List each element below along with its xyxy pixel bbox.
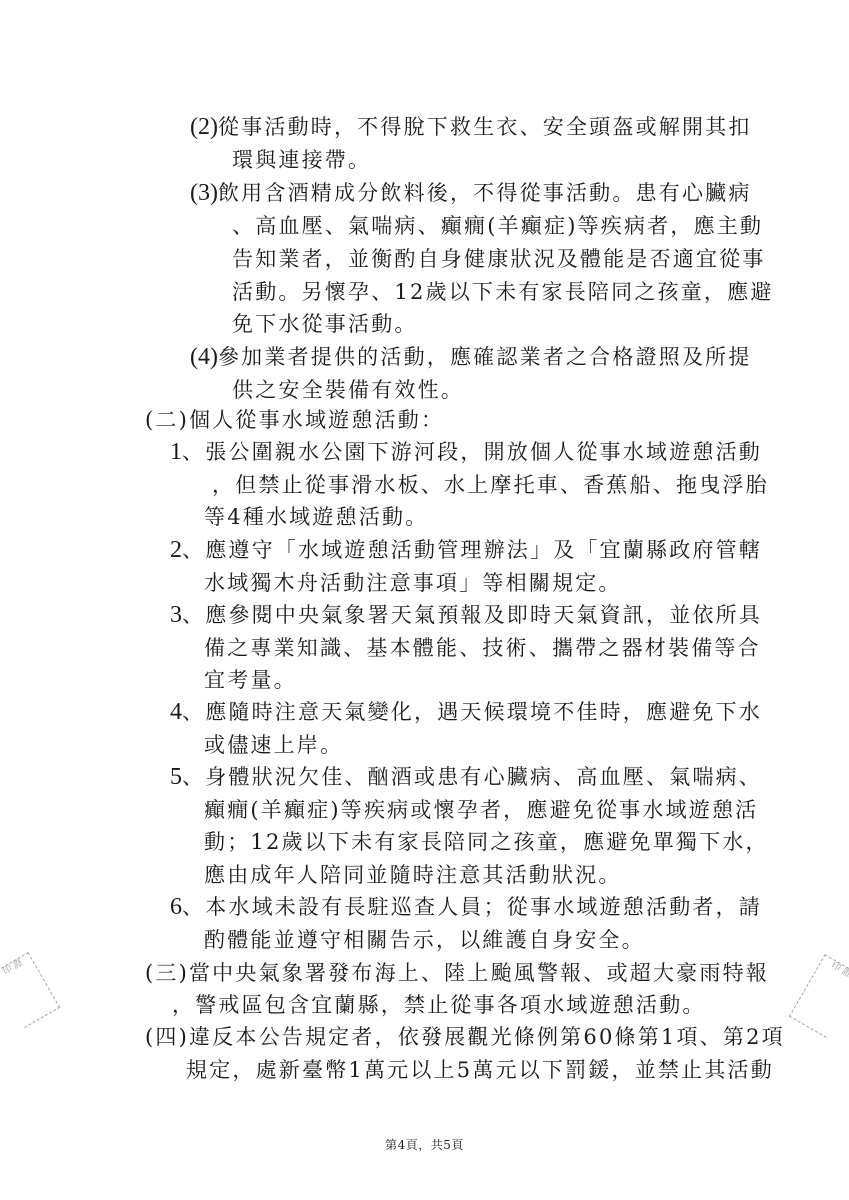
line-text: 、高血壓、氣喘病、癲癇(羊癲症)等疾病者，應主動 [232,214,763,238]
section-heading-2: (二)個人從事水域遊憩活動： [145,406,444,434]
line-text: 規定，處新臺幣1萬元以上5萬元以下罰鍰，並禁止其活動 [186,1058,774,1082]
line-continuation: 水域獨木舟活動注意事項」等相關規定。 [204,569,622,597]
line-item-4: (4)參加業者提供的活動，應確認業者之合格證照及所提 [190,343,752,371]
line-text: 或儘速上岸。 [204,733,343,757]
line-text: 免下水從事活動。 [232,312,418,336]
line-text: (二)個人從事水域遊憩活動： [145,408,444,432]
line-text: ，警戒區包含宜蘭縣，禁止從事各項水域遊憩活動。 [172,993,706,1017]
section-heading-4: (四)違反本公告規定者，依發展觀光條例第60條第1項、第2項 [145,1023,785,1051]
line-continuation: 活動。另懷孕、12歲以下未有家長陪同之孩童，應避 [232,278,774,306]
line-continuation: 癲癇(羊癲症)等疾病或懷孕者，應避免從事水域遊憩活 [204,796,758,824]
line-item-2b: 2、應遵守「水域遊憩活動管理辦法」及「宜蘭縣政府管轄 [170,536,762,564]
line-item-5: 5、身體狀況欠佳、酗酒或患有心臟病、高血壓、氣喘病、 [170,763,762,791]
line-text: 酌體能並遵守相關告示，以維護自身安全。 [204,928,645,952]
item-marker: 2 [170,536,182,564]
item-marker: 4 [170,698,182,726]
line-text: 、應參閱中央氣象署天氣預報及即時天氣資訊，並依所具 [182,603,762,627]
line-item-6: 6、本水域未設有長駐巡查人員；從事水域遊憩活動者，請 [170,893,762,921]
line-text: 、應隨時注意天氣變化，遇天候環境不佳時，應避免下水 [182,700,762,724]
line-continuation: 動；12歲以下未有家長陪同之孩童，應避免單獨下水， [204,828,769,856]
line-item-4b: 4、應隨時注意天氣變化，遇天候環境不佳時，應避免下水 [170,698,762,726]
line-text: 水域獨木舟活動注意事項」等相關規定。 [204,571,622,595]
line-text: 環與連接帶。 [232,148,371,172]
line-text: 、應遵守「水域遊憩活動管理辦法」及「宜蘭縣政府管轄 [182,538,762,562]
line-text: 備之專業知識、基本體能、技術、攜帶之器材裝備等合 [204,636,761,660]
line-text: 宜考量。 [204,668,297,692]
line-continuation: ，但禁止從事滑水板、水上摩托車、香蕉船、拖曳浮胎 [212,471,769,499]
item-marker: 1 [170,438,182,466]
seal-text: 印 證 [829,961,849,980]
line-text: (三)當中央氣象署發布海上、陸上颱風警報、或超大豪雨特報 [145,961,769,985]
seal-text: 印 證 [2,958,25,977]
line-item-3: (3)飲用含酒精成分飲料後，不得從事活動。患有心臟病 [190,179,752,207]
item-marker: (3) [190,179,218,207]
line-text: 、張公圍親水公園下游河段，開放個人從事水域遊憩活動 [182,440,762,464]
line-text: 動；12歲以下未有家長陪同之孩童，應避免單獨下水， [204,830,769,854]
line-continuation: 宜考量。 [204,666,297,694]
line-continuation: 備之專業知識、基本體能、技術、攜帶之器材裝備等合 [204,634,761,662]
line-continuation: 免下水從事活動。 [232,310,418,338]
line-text: 癲癇(羊癲症)等疾病或懷孕者，應避免從事水域遊憩活 [204,798,758,822]
line-continuation: 等4種水域遊憩活動。 [204,503,428,531]
seal-stamp-left-icon: 印 證 [0,952,60,1028]
line-item-2: (2)從事活動時，不得脫下救生衣、安全頭盔或解開其扣 [190,113,752,141]
item-marker: 6 [170,893,182,921]
line-continuation: 供之安全裝備有效性。 [232,376,464,404]
line-text: 等4種水域遊憩活動。 [204,505,428,529]
line-item-3b: 3、應參閱中央氣象署天氣預報及即時天氣資訊，並依所具 [170,601,762,629]
item-marker: 5 [170,763,182,791]
line-continuation: 告知業者，並衡酌自身健康狀況及體能是否適宜從事 [232,245,766,273]
line-continuation: 酌體能並遵守相關告示，以維護自身安全。 [204,926,645,954]
line-text: 從事活動時，不得脫下救生衣、安全頭盔或解開其扣 [218,115,752,139]
line-continuation: 、高血壓、氣喘病、癲癇(羊癲症)等疾病者，應主動 [232,212,763,240]
line-continuation: 環與連接帶。 [232,146,371,174]
document-page: (2)從事活動時，不得脫下救生衣、安全頭盔或解開其扣 環與連接帶。 (3)飲用含… [0,0,849,1200]
line-continuation: 或儘速上岸。 [204,731,343,759]
line-continuation: 規定，處新臺幣1萬元以上5萬元以下罰鍰，並禁止其活動 [186,1056,774,1084]
line-text: 活動。另懷孕、12歲以下未有家長陪同之孩童，應避 [232,280,774,304]
seal-stamp-right-icon: 印 證 [789,954,849,1038]
line-text: ，但禁止從事滑水板、水上摩托車、香蕉船、拖曳浮胎 [212,473,769,497]
line-continuation: 應由成年人陪同並隨時注意其活動狀況。 [204,861,622,889]
item-marker: (4) [190,343,218,371]
line-text: 告知業者，並衡酌自身健康狀況及體能是否適宜從事 [232,247,766,271]
line-item-1: 1、張公圍親水公園下游河段，開放個人從事水域遊憩活動 [170,438,762,466]
line-text: 參加業者提供的活動，應確認業者之合格證照及所提 [218,345,752,369]
line-text: 、本水域未設有長駐巡查人員；從事水域遊憩活動者，請 [182,895,762,919]
line-text: 飲用含酒精成分飲料後，不得從事活動。患有心臟病 [218,181,752,205]
line-text: 供之安全裝備有效性。 [232,378,464,402]
page-number: 第4頁，共5頁 [0,1136,849,1153]
line-text: 、身體狀況欠佳、酗酒或患有心臟病、高血壓、氣喘病、 [182,765,762,789]
line-text: 應由成年人陪同並隨時注意其活動狀況。 [204,863,622,887]
line-continuation: ，警戒區包含宜蘭縣，禁止從事各項水域遊憩活動。 [172,991,706,1019]
item-marker: (2) [190,113,218,141]
line-text: (四)違反本公告規定者，依發展觀光條例第60條第1項、第2項 [145,1025,785,1049]
section-heading-3: (三)當中央氣象署發布海上、陸上颱風警報、或超大豪雨特報 [145,959,769,987]
item-marker: 3 [170,601,182,629]
